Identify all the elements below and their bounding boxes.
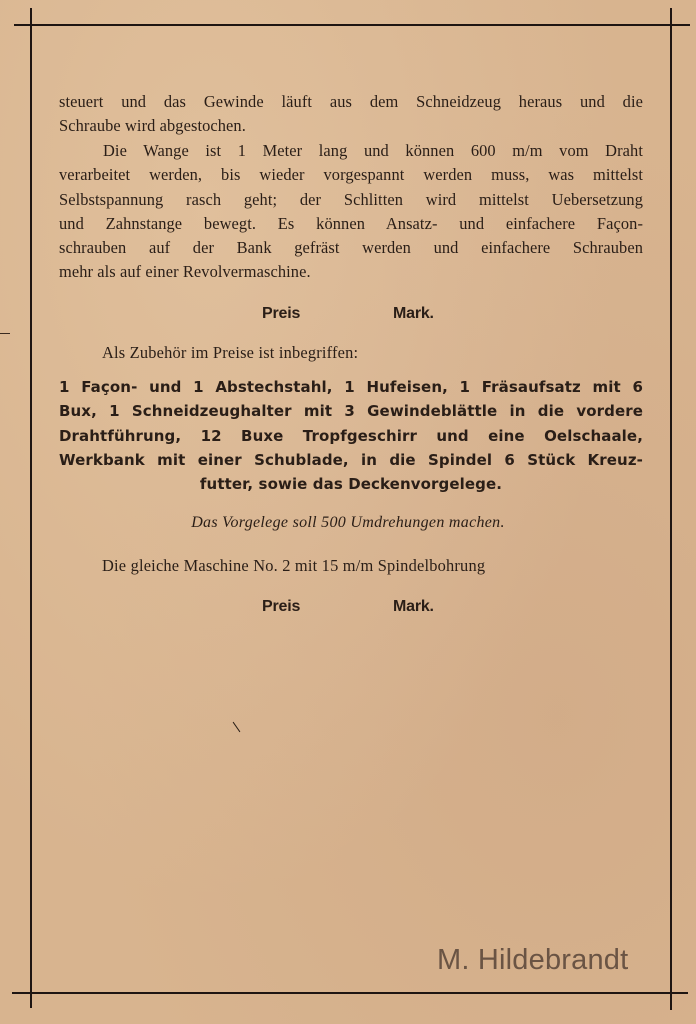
stray-mark: [233, 722, 241, 732]
margin-mark: [0, 333, 10, 334]
text-line: und Zahnstange bewegt. Es können Ansatz-…: [59, 212, 643, 236]
mark-label: Mark.: [393, 598, 434, 616]
watermark: M. Hildebrandt: [437, 944, 628, 977]
border-top-rule: [14, 24, 690, 26]
text-line: futter, sowie das Deckenvorgelege.: [59, 472, 643, 496]
text-line: steuert und das Gewinde läuft aus dem Sc…: [59, 90, 643, 114]
text-line: Die Wange ist 1 Meter lang und können 60…: [59, 139, 643, 163]
paragraph-wange: Die Wange ist 1 Meter lang und können 60…: [59, 139, 643, 285]
machine-2-line: Die gleiche Maschine No. 2 mit 15 m/m Sp…: [102, 556, 485, 576]
text-line: mehr als auf einer Revolvermaschine.: [59, 260, 643, 284]
gearing-note: Das Vorgelege soll 500 Umdrehungen mache…: [0, 514, 696, 532]
accessories-list: 1 Façon- und 1 Abstechstahl, 1 Hufeisen,…: [59, 375, 643, 496]
text-line: verarbeitet werden, bis wieder vorgespan…: [59, 163, 643, 187]
mark-label: Mark.: [393, 305, 434, 323]
text-line: schrauben auf der Bank gefräst werden un…: [59, 236, 643, 260]
paragraph-continuation: steuert und das Gewinde läuft aus dem Sc…: [59, 90, 643, 139]
text-line: 1 Façon- und 1 Abstechstahl, 1 Hufeisen,…: [59, 375, 643, 399]
text-line: Drahtführung, 12 Buxe Tropfgeschirr und …: [59, 424, 643, 448]
accessories-intro: Als Zubehör im Preise ist inbegriffen:: [102, 343, 358, 363]
preis-label: Preis: [262, 305, 300, 323]
border-right-rule: [670, 8, 672, 1010]
preis-label: Preis: [262, 598, 300, 616]
border-left-rule: [30, 8, 32, 1008]
text-line: Schraube wird abgestochen.: [59, 114, 643, 138]
border-bottom-rule: [12, 992, 688, 994]
text-line: Werkbank mit einer Schublade, in die Spi…: [59, 448, 643, 472]
text-line: Bux, 1 Schneidzeughalter mit 3 Gewindebl…: [59, 399, 643, 423]
text-line: Selbstspannung rasch geht; der Schlitten…: [59, 188, 643, 212]
